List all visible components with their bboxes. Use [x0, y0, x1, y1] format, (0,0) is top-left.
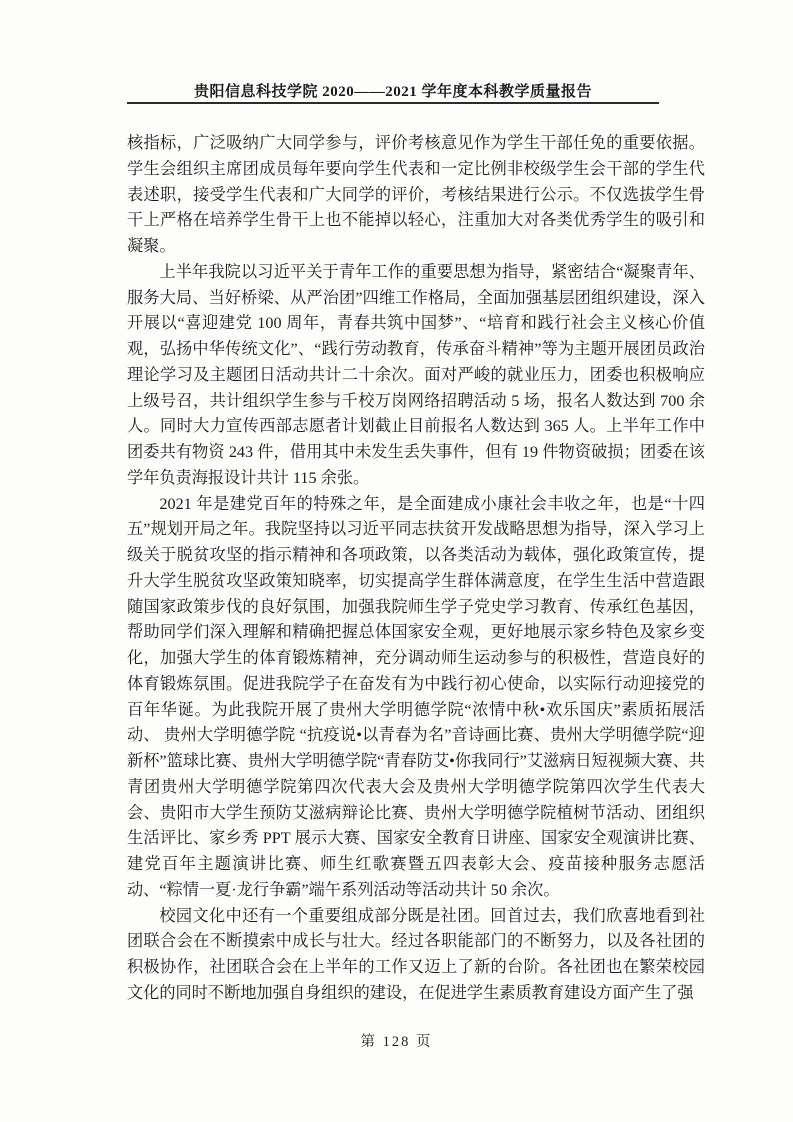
page-header-title: 贵阳信息科技学院 2020——2021 学年度本科教学质量报告: [127, 80, 659, 101]
paragraph-continuation: 核指标，广泛吸纳广大同学参与，评价考核意见作为学生干部任免的重要依据。学生会组织…: [127, 131, 705, 260]
document-page: 贵阳信息科技学院 2020——2021 学年度本科教学质量报告 核指标，广泛吸纳…: [0, 0, 793, 1122]
paragraph-campus-clubs: 校园文化中还有一个重要组成部分既是社团。回首过去，我们欣喜地看到社团联合会在不断…: [127, 904, 705, 1007]
document-body: 核指标，广泛吸纳广大同学参与，评价考核意见作为学生干部任免的重要依据。学生会组织…: [127, 131, 705, 1007]
paragraph-youth-league-work: 上半年我院以习近平关于青年工作的重要思想为指导，紧密结合“凝聚青年、服务大局、当…: [127, 260, 705, 492]
page-number: 第 128 页: [0, 1030, 793, 1051]
paragraph-centenary-activities: 2021 年是建党百年的特殊之年，是全面建成小康社会丰收之年，也是“十四五”规划…: [127, 492, 705, 904]
header-divider: [127, 102, 659, 104]
